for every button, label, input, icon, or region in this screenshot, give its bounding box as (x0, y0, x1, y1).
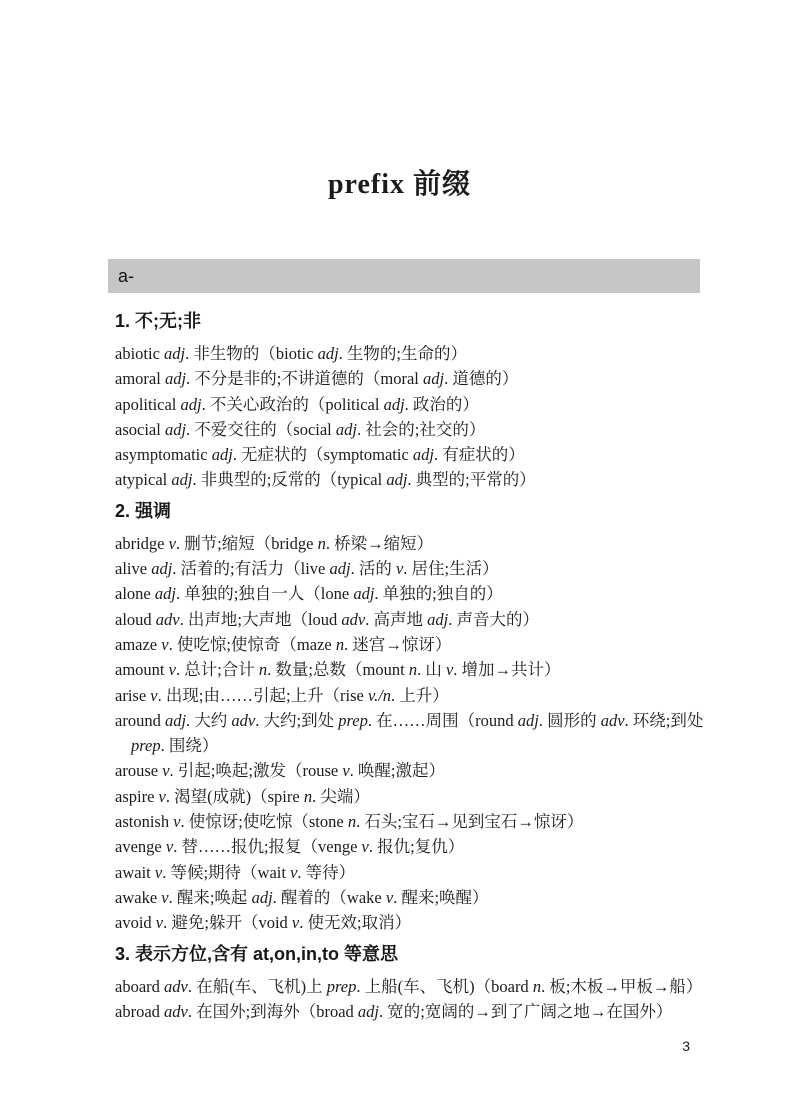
entry-line: amount v. 总计;合计 n. 数量;总数（mount n. 山 v. 增… (115, 657, 707, 682)
entry-line: aspire v. 渴望(成就)（spire n. 尖端） (115, 784, 707, 809)
entry-line: amaze v. 使吃惊;使惊奇（maze n. 迷宫→惊讶） (115, 632, 707, 657)
entry-line: asymptomatic adj. 无症状的（symptomatic adj. … (115, 442, 707, 467)
entry-line: asocial adj. 不爱交往的（social adj. 社会的;社交的） (115, 417, 707, 442)
entry-line: apolitical adj. 不关心政治的（political adj. 政治… (115, 392, 707, 417)
page-number: 3 (682, 1038, 690, 1054)
entry-line: abridge v. 删节;缩短（bridge n. 桥梁→缩短） (115, 531, 707, 556)
section-heading: 3. 表示方位,含有 at,on,in,to 等意思 (115, 942, 707, 966)
prefix-section-header: a- (108, 259, 700, 293)
entry-line: abiotic adj. 非生物的（biotic adj. 生物的;生命的） (115, 341, 707, 366)
entry-line: astonish v. 使惊讶;使吃惊（stone n. 石头;宝石→见到宝石→… (115, 809, 707, 834)
entry-line: avoid v. 避免;躲开（void v. 使无效;取消） (115, 910, 707, 935)
entry-line: around adj. 大约 adv. 大约;到处 prep. 在……周围（ro… (115, 708, 707, 759)
entry-line: alone adj. 单独的;独自一人（lone adj. 单独的;独自的） (115, 581, 707, 606)
entry-line: arouse v. 引起;唤起;激发（rouse v. 唤醒;激起） (115, 758, 707, 783)
section-heading: 2. 强调 (115, 499, 707, 523)
entry-line: aboard adv. 在船(车、飞机)上 prep. 上船(车、飞机)（boa… (115, 974, 707, 999)
entry-line: arise v. 出现;由……引起;上升（rise v./n. 上升） (115, 683, 707, 708)
entry-line: atypical adj. 非典型的;反常的（typical adj. 典型的;… (115, 467, 707, 492)
sections-container: 1. 不;无;非abiotic adj. 非生物的（biotic adj. 生物… (115, 309, 707, 1024)
entry-line: amoral adj. 不分是非的;不讲道德的（moral adj. 道德的） (115, 366, 707, 391)
entry-line: abroad adv. 在国外;到海外（broad adj. 宽的;宽阔的→到了… (115, 999, 707, 1024)
document-page: prefix 前缀 a- 1. 不;无;非abiotic adj. 非生物的（b… (0, 0, 799, 1114)
entry-line: avenge v. 替……报仇;报复（venge v. 报仇;复仇） (115, 834, 707, 859)
page-title: prefix 前缀 (0, 0, 799, 202)
entry-line: awake v. 醒来;唤起 adj. 醒着的（wake v. 醒来;唤醒） (115, 885, 707, 910)
prefix-label: a- (118, 266, 134, 287)
entry-line: alive adj. 活着的;有活力（live adj. 活的 v. 居住;生活… (115, 556, 707, 581)
section-heading: 1. 不;无;非 (115, 309, 707, 333)
entry-line: aloud adv. 出声地;大声地（loud adv. 高声地 adj. 声音… (115, 607, 707, 632)
entry-line: await v. 等候;期待（wait v. 等待） (115, 860, 707, 885)
